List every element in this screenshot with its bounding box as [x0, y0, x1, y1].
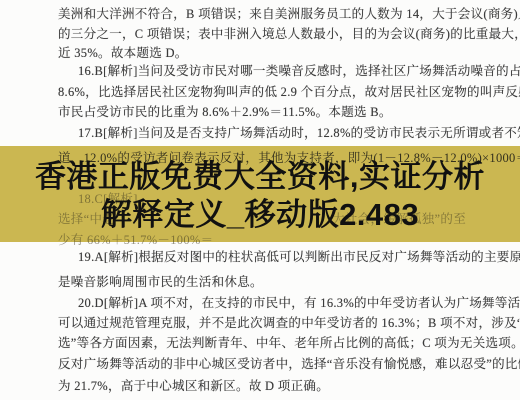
document-line: 是噪音影响周围市民的生活和休息。 [58, 272, 263, 290]
document-line: 美洲和大洋洲不符合，B 项错误；来自美洲服务员工的人数为 14，大于会议(商务)… [58, 4, 520, 22]
document-line-answer-17: 17.B[解析]当问及是否支持广场舞活动时，12.8%的受访市民表示无所谓或者不… [58, 123, 520, 141]
document-line: 市民占受访市民的比重为 8.6%＋2.9%＝11.5%。本题选 B。 [58, 102, 392, 120]
scanned-answer-page: 美洲和大洋洲不符合，B 项错误；来自美洲服务员工的人数为 14，大于会议(商务)… [0, 0, 520, 400]
ad-banner-title-line2: 解释定义_移动版2.483 [0, 198, 520, 232]
document-line: 8.6%，比选择居民社区宠物狗叫声的低 2.9 个百分点，故对居民社区宠物的叫声… [58, 82, 520, 100]
document-line: 近 35%。故本题选 D。 [58, 43, 188, 61]
document-line: 为 21.7%，高于中心城区和新区。故 D 项正确。 [58, 376, 329, 394]
document-line: 可以通过规范管理克服，并不是此次调查的中年受访者的 16.3%；B 项不对，涉及… [58, 313, 520, 331]
ad-banner-overlay[interactable]: 道、12.0%的受访者问卷表示反对，其他为支持者，即为(1－12.8%－12.0… [0, 146, 520, 242]
document-line-answer-20: 20.D[解析]A 项不对，在支持的市民中，有 16.3%的中年受访者认为广场舞… [58, 293, 520, 311]
document-line-answer-19: 19.A[解析]根据反对图中的柱状高低可以判断出市民反对广场舞等活动的主要原因 [58, 247, 520, 265]
document-line: 的三分之一，C 项错误；表中非洲入境总人数最小，目的为会议(商务)的比重最大，接 [58, 24, 520, 42]
document-line-answer-16: 16.B[解析]当问及受访市民对哪一类噪音反感时，选择社区广场舞活动噪音的占 [58, 61, 520, 79]
document-line: 选”等各方面因素，无法判断青年、中年、老年所占比例的高低；C 项为无关选项。在 [58, 333, 520, 351]
obscured-document-line: 少有 66%＋51.7%－100%＝ [58, 230, 213, 248]
ad-banner-title-line1: 香港正版免费大全资料,实证分析 [0, 160, 520, 194]
document-line: 反对广场舞等活动的非中心城区受访者中，选择“音乐没有愉悦感，难以忍受”的比例 [58, 354, 520, 372]
